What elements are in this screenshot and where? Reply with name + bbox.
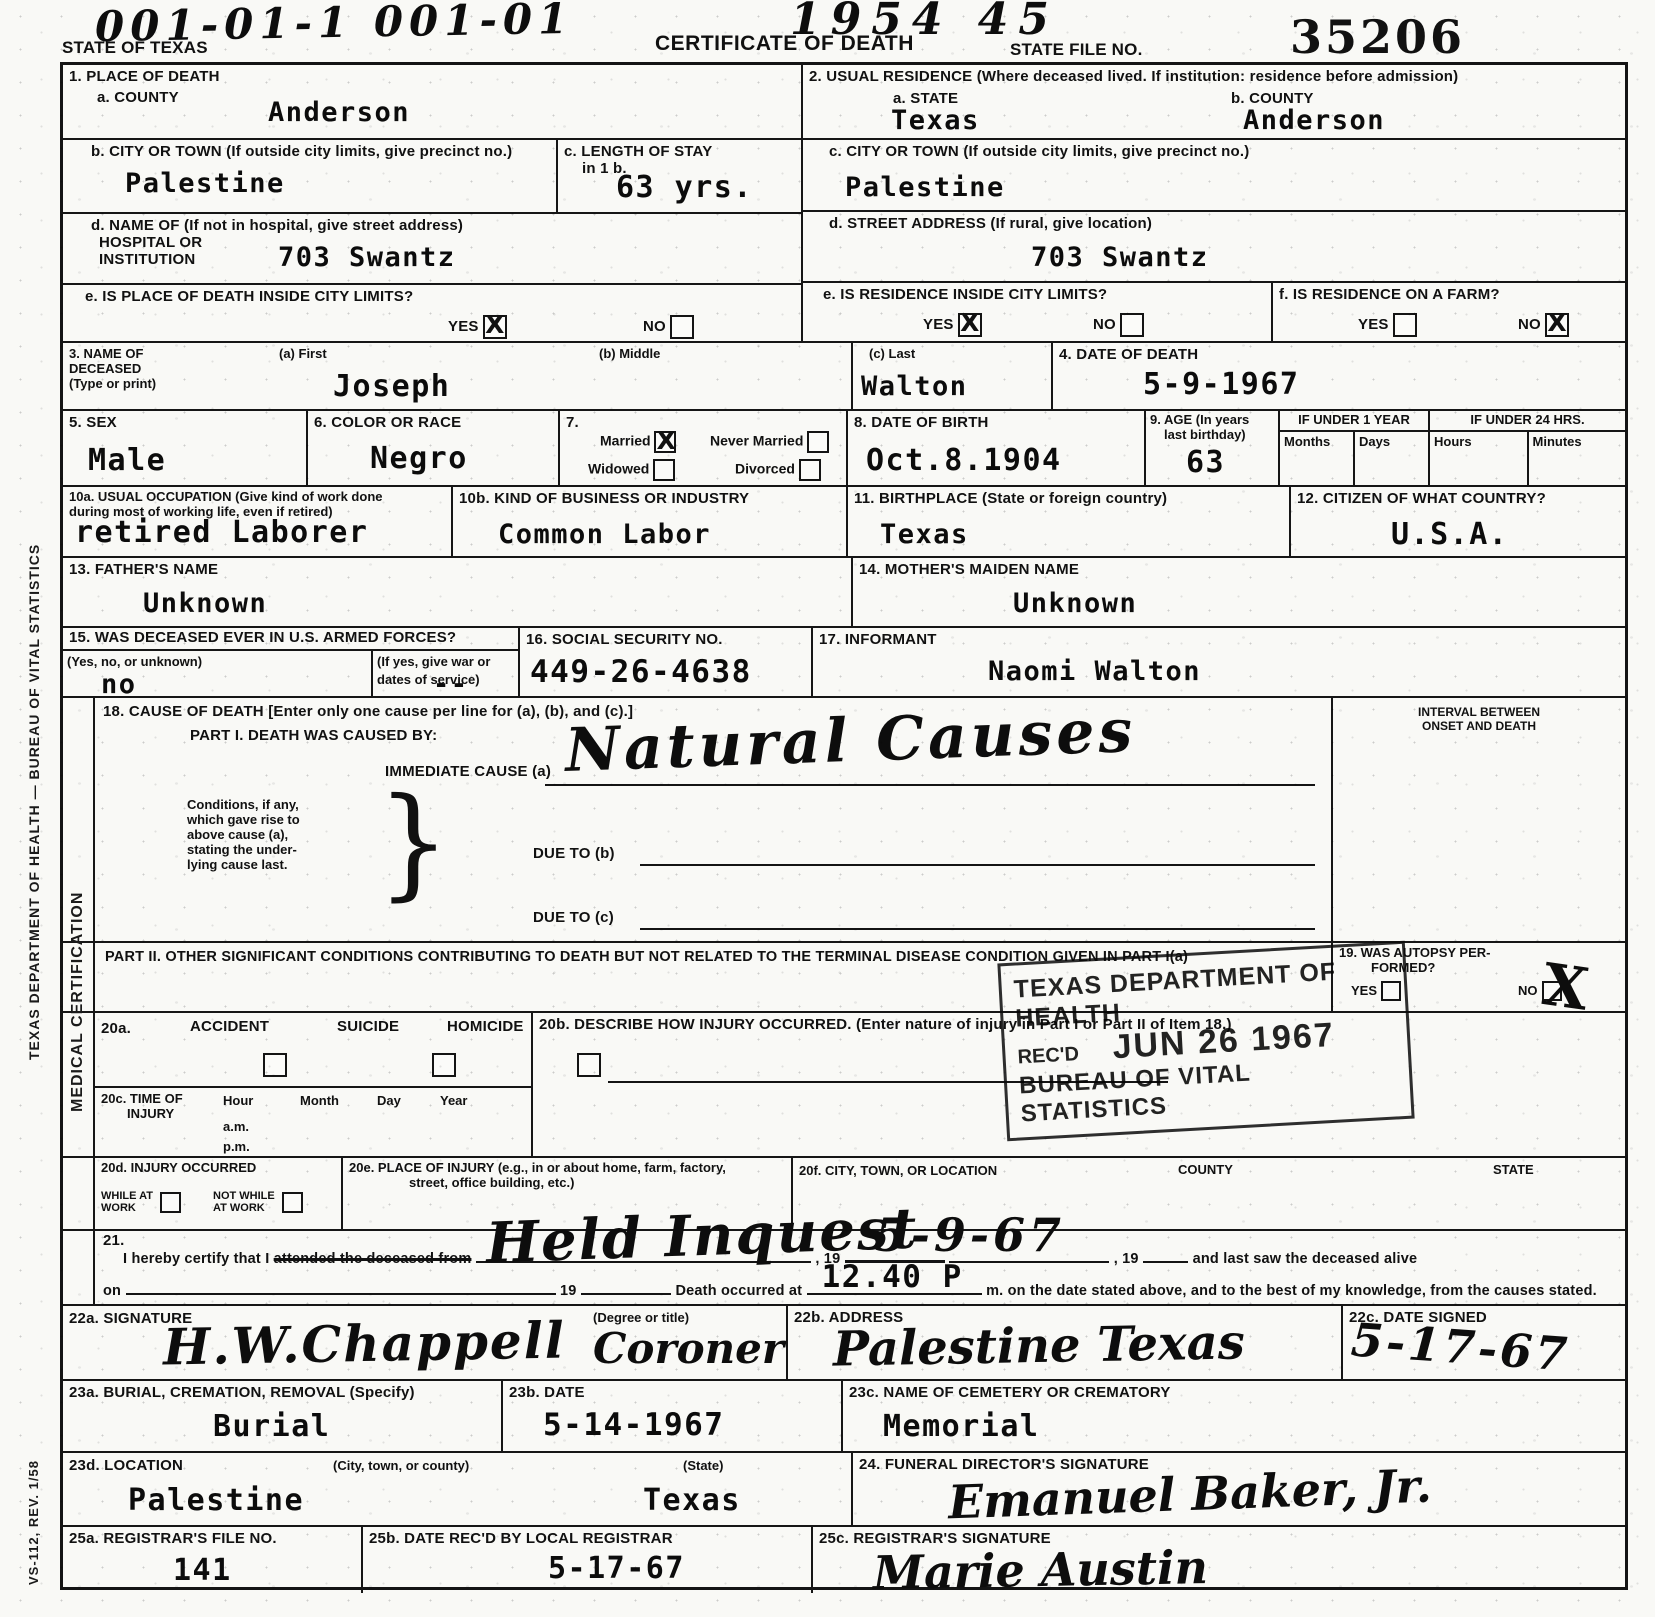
row-sex-race-dob: 5. SEX Male 6. COLOR OR RACE Negro 7. Ma… (63, 411, 1625, 487)
field-1c-value: 63 yrs. (616, 170, 753, 205)
field-3-first: (a) First Joseph (273, 343, 593, 409)
due-to-b-label: DUE TO (b) (533, 846, 615, 863)
conditions-note: Conditions, if any, which gave rise to a… (187, 798, 372, 873)
field-15-v2: -- (433, 669, 469, 700)
months-column: Months (1280, 432, 1355, 485)
row-injury-1: 20a. ACCIDENT SUICIDE HOMICIDE 20c. TIME… (63, 1013, 1625, 1158)
field-8-value: Oct.8.1904 (866, 443, 1062, 478)
field-23b-date: 23b. DATE 5-14-1967 (503, 1381, 843, 1451)
row-burial: 23a. BURIAL, CREMATION, REMOVAL (Specify… (63, 1381, 1625, 1453)
field-2e-no-label: NO (1093, 316, 1116, 333)
field-2f-label: f. IS RESIDENCE ON A FARM? (1279, 287, 1619, 304)
field-20e-label: 20e. PLACE OF INJURY (e.g., in or about … (349, 1161, 785, 1176)
field-8-label: 8. DATE OF BIRTH (854, 415, 1138, 432)
month-label: Month (300, 1094, 339, 1109)
section-1-title: 1. PLACE OF DEATH (69, 69, 795, 86)
certificate-form: MEDICAL CERTIFICATION 1. PLACE OF DEATH … (60, 62, 1628, 1590)
degree-value: Coroner (593, 1324, 784, 1373)
hour-label: Hour (223, 1094, 253, 1109)
field-20c-label2: INJURY (127, 1107, 525, 1122)
registrar-signature: Marie Austin (873, 1540, 1209, 1600)
immediate-cause-line (545, 784, 1315, 786)
certify-date-hand: 5-9-67 (875, 1208, 1065, 1262)
time-of-death-value: 12.40 P (822, 1259, 963, 1295)
field-2f-no-label: NO (1518, 316, 1541, 333)
under-24-hrs-header: IF UNDER 24 HRS. (1430, 411, 1625, 432)
section-usual-residence: 2. USUAL RESIDENCE (Where deceased lived… (803, 65, 1625, 341)
field-25a-file-no: 25a. REGISTRAR'S FILE NO. 141 (63, 1527, 363, 1593)
field-16-ssn: 16. SOCIAL SECURITY NO. 449-26-4638 (520, 628, 813, 696)
field-15-answer: (Yes, no, or unknown) no (63, 651, 373, 696)
field-4-value: 5-9-1967 (1143, 367, 1300, 402)
field-3-label-block: 3. NAME OF DECEASED (Type or print) (63, 343, 273, 409)
field-3-label3: (Type or print) (69, 377, 267, 392)
field-14-label: 14. MOTHER'S MAIDEN NAME (859, 562, 1619, 579)
field-23d-state-value: Texas (643, 1483, 741, 1518)
field-3-last-label: (c) Last (869, 347, 1045, 362)
field-10b-industry: 10b. KIND OF BUSINESS OR INDUSTRY Common… (453, 487, 848, 556)
field-4-label: 4. DATE OF DEATH (1059, 347, 1619, 364)
field-20d-label: 20d. INJURY OCCURRED (101, 1161, 335, 1176)
county-header: COUNTY (1178, 1163, 1233, 1178)
field-1c-label: c. LENGTH OF STAY (564, 144, 795, 161)
section-place-of-death: 1. PLACE OF DEATH a. COUNTY Anderson b. … (63, 65, 803, 341)
field-23a-label: 23a. BURIAL, CREMATION, REMOVAL (Specify… (69, 1385, 495, 1402)
field-20b-line (608, 1081, 1168, 1083)
row-certification: 21. I hereby certify that I attended the… (63, 1231, 1625, 1306)
certify-yr3: 19 (560, 1283, 577, 1299)
field-1b-value: Palestine (125, 168, 285, 199)
field-10b-label: 10b. KIND OF BUSINESS OR INDUSTRY (459, 491, 840, 508)
field-17-informant: 17. INFORMANT Naomi Walton (813, 628, 1625, 696)
form-revision-label: VS-112, REV. 1/58 (26, 1370, 41, 1585)
field-1d-value: 703 Swantz (278, 242, 456, 273)
field-23d-location: 23d. LOCATION (City, town, or county) (S… (63, 1453, 853, 1525)
field-7-never-married-checkbox (807, 431, 829, 453)
field-6-value: Negro (370, 441, 468, 476)
field-22b-address: 22b. ADDRESS Palestine Texas (788, 1306, 1343, 1379)
field-12-value: U.S.A. (1391, 517, 1508, 552)
field-3-middle: (b) Middle (593, 343, 853, 409)
field-2f-farm: f. IS RESIDENCE ON A FARM? YES NO X (1273, 283, 1625, 341)
field-3-label2: DECEASED (69, 362, 267, 377)
row-forces-ssn-informant: 15. WAS DECEASED EVER IN U.S. ARMED FORC… (63, 628, 1625, 698)
field-2e-city-limits: e. IS RESIDENCE INSIDE CITY LIMITS? YES … (803, 283, 1273, 341)
field-25b-value: 5-17-67 (548, 1551, 685, 1586)
field-25b-label: 25b. DATE REC'D BY LOCAL REGISTRAR (369, 1531, 805, 1548)
field-23b-value: 5-14-1967 (543, 1407, 724, 1443)
field-10a-occupation: 10a. USUAL OCCUPATION (Give kind of work… (63, 487, 453, 556)
field-1e-yes-checkbox: X (483, 315, 507, 339)
subrow-2ef: e. IS RESIDENCE INSIDE CITY LIMITS? YES … (803, 283, 1625, 341)
field-7-label: 7. (566, 415, 840, 432)
field-4-date-of-death: 4. DATE OF DEATH 5-9-1967 (1053, 343, 1625, 409)
field-11-label: 11. BIRTHPLACE (State or foreign country… (854, 491, 1283, 508)
field-21-certify: 21. I hereby certify that I attended the… (95, 1231, 1625, 1304)
field-18-part2: PART II. OTHER SIGNIFICANT CONDITIONS CO… (95, 943, 1331, 1011)
while-at-work-label1: WHILE AT (101, 1190, 153, 1202)
field-1a-county: 1. PLACE OF DEATH a. COUNTY Anderson (63, 65, 801, 140)
certificate-title: CERTIFICATE OF DEATH (655, 32, 914, 56)
field-11-value: Texas (880, 519, 969, 550)
field-19-yes-checkbox (1381, 981, 1401, 1001)
field-2f-no-checkbox: X (1545, 313, 1569, 337)
pm-label: p.m. (223, 1140, 250, 1155)
field-12-citizen: 12. CITIZEN OF WHAT COUNTRY? U.S.A. (1291, 487, 1625, 556)
field-15-war: (If yes, give war or dates of service) -… (373, 651, 518, 696)
field-2d-value: 703 Swantz (1031, 242, 1209, 273)
field-20a-manner: 20a. ACCIDENT SUICIDE HOMICIDE (95, 1013, 531, 1088)
subrow-1b-1c: b. CITY OR TOWN (If outside city limits,… (63, 140, 801, 214)
day-label: Day (377, 1094, 401, 1109)
homicide-label: HOMICIDE (447, 1019, 524, 1036)
field-18-cause: 18. CAUSE OF DEATH [Enter only one cause… (95, 698, 1331, 941)
field-19-yes-label: YES (1351, 983, 1377, 998)
field-7-widowed-label: Widowed (588, 461, 649, 477)
state-header: STATE (1493, 1163, 1534, 1178)
field-1e-label: e. IS PLACE OF DEATH INSIDE CITY LIMITS? (85, 289, 795, 306)
field-5-sex: 5. SEX Male (63, 411, 308, 485)
field-2d-street: d. STREET ADDRESS (If rural, give locati… (803, 212, 1625, 283)
interval-label2: ONSET AND DEATH (1339, 720, 1619, 734)
medical-certification-strip: MEDICAL CERTIFICATION (63, 698, 95, 1306)
coroner-signature: H.W.Chappell (163, 1310, 567, 1376)
hours-column: Hours (1430, 432, 1529, 485)
field-3-label1: 3. NAME OF (69, 347, 267, 362)
field-2e-no-checkbox (1120, 313, 1144, 337)
field-9-label2: last birthday) (1164, 428, 1274, 443)
field-1a-value: Anderson (268, 97, 410, 128)
certify-post: and last saw the deceased alive (1193, 1251, 1418, 1267)
field-22b-value: Palestine Texas (833, 1314, 1246, 1377)
due-to-c-line (640, 928, 1315, 930)
field-20b-label: 20b. DESCRIBE HOW INJURY OCCURRED. (Ente… (539, 1017, 1619, 1034)
state-note: (State) (683, 1459, 723, 1474)
field-2e-yes-label: YES (923, 316, 954, 333)
field-13-father: 13. FATHER'S NAME Unknown (63, 558, 853, 626)
field-11-birthplace: 11. BIRTHPLACE (State or foreign country… (848, 487, 1291, 556)
field-15-sub1: (Yes, no, or unknown) (67, 654, 202, 669)
field-19-no-label: NO (1518, 983, 1538, 998)
field-14-value: Unknown (1013, 588, 1137, 619)
field-6-race: 6. COLOR OR RACE Negro (308, 411, 560, 485)
field-12-label: 12. CITIZEN OF WHAT COUNTRY? (1297, 491, 1619, 508)
field-1d-label1: d. NAME OF (If not in hospital, give str… (91, 218, 795, 235)
field-23c-cemetery: 23c. NAME OF CEMETERY OR CREMATORY Memor… (843, 1381, 1625, 1451)
field-3-last-value: Walton (861, 371, 968, 402)
field-13-value: Unknown (143, 588, 267, 619)
field-20e-label2: street, office building, etc.) (409, 1176, 785, 1191)
injury-left-col: 20a. ACCIDENT SUICIDE HOMICIDE 20c. TIME… (95, 1013, 533, 1156)
field-23a-value: Burial (213, 1409, 330, 1444)
field-1e-yes-label: YES (448, 318, 479, 335)
field-17-value: Naomi Walton (988, 656, 1201, 687)
field-23a-burial: 23a. BURIAL, CREMATION, REMOVAL (Specify… (63, 1381, 503, 1451)
certify-pre: I hereby certify that I (123, 1251, 274, 1267)
field-7-married-label: Married (600, 433, 651, 449)
accident-label: ACCIDENT (190, 1019, 269, 1036)
row-registrar: 25a. REGISTRAR'S FILE NO. 141 25b. DATE … (63, 1527, 1625, 1593)
field-25c-registrar-signature: 25c. REGISTRAR'S SIGNATURE Marie Austin (813, 1527, 1625, 1593)
field-2a-value: Texas (891, 105, 980, 136)
field-7-divorced-label: Divorced (735, 461, 795, 477)
not-while-at-work-checkbox (282, 1192, 303, 1213)
field-10b-value: Common Labor (498, 519, 711, 550)
medical-certification-label: MEDICAL CERTIFICATION (63, 698, 93, 1306)
row-cause-of-death: 18. CAUSE OF DEATH [Enter only one cause… (63, 698, 1625, 943)
due-to-c-label: DUE TO (c) (533, 910, 614, 927)
field-23c-value: Memorial (883, 1409, 1040, 1444)
row-part2-autopsy: PART II. OTHER SIGNIFICANT CONDITIONS CO… (63, 943, 1625, 1013)
field-20d-occurred: 20d. INJURY OCCURRED WHILE ATWORK NOT WH… (95, 1158, 343, 1229)
field-2c-label: c. CITY OR TOWN (If outside city limits,… (829, 144, 1619, 161)
year-label: Year (440, 1094, 467, 1109)
field-22a-signature: 22a. SIGNATURE (Degree or title) H.W.Cha… (63, 1306, 788, 1379)
field-14-mother: 14. MOTHER'S MAIDEN NAME Unknown (853, 558, 1625, 626)
field-13-label: 13. FATHER'S NAME (69, 562, 845, 579)
suicide-checkbox (432, 1053, 456, 1077)
field-7-never-married-label: Never Married (710, 433, 803, 449)
field-2e-yes-checkbox: X (958, 313, 982, 337)
days-column: Days (1355, 432, 1428, 485)
field-20c-time: 20c. TIME OF INJURY Hour Month Day Year … (95, 1088, 531, 1156)
field-1a-label: a. COUNTY (97, 90, 795, 107)
field-23d-city-value: Palestine (128, 1483, 304, 1518)
part2-label: PART II. OTHER SIGNIFICANT CONDITIONS CO… (105, 949, 1321, 965)
field-5-value: Male (88, 443, 166, 478)
field-5-label: 5. SEX (69, 415, 300, 432)
section-2-title: 2. USUAL RESIDENCE (Where deceased lived… (809, 69, 1619, 86)
row-location-director: 23d. LOCATION (City, town, or county) (S… (63, 1453, 1625, 1527)
state-of-texas-label: STATE OF TEXAS (62, 38, 208, 57)
field-3-middle-label: (b) Middle (599, 347, 845, 362)
field-16-label: 16. SOCIAL SECURITY NO. (526, 632, 805, 649)
field-20b-describe: 20b. DESCRIBE HOW INJURY OCCURRED. (Ente… (533, 1013, 1625, 1156)
field-1b-city: b. CITY OR TOWN (If outside city limits,… (63, 140, 558, 212)
row-name-dod: 3. NAME OF DECEASED (Type or print) (a) … (63, 343, 1625, 411)
field-2d-label: d. STREET ADDRESS (If rural, give locati… (829, 216, 1619, 233)
conditions-brace: } (377, 783, 450, 904)
field-23d-label: 23d. LOCATION (69, 1457, 183, 1474)
minutes-column: Minutes (1529, 432, 1626, 485)
field-15-label: 15. WAS DECEASED EVER IN U.S. ARMED FORC… (63, 628, 518, 651)
state-file-no-label: STATE FILE NO. (1010, 40, 1143, 59)
accident-checkbox (263, 1053, 287, 1077)
field-2f-yes-checkbox (1393, 313, 1417, 337)
field-3-last: (c) Last Walton (853, 343, 1053, 409)
certify-m-on: m. on the date stated above, and to the … (986, 1283, 1597, 1299)
field-15-armed-forces: 15. WAS DECEASED EVER IN U.S. ARMED FORC… (63, 628, 520, 696)
suicide-label: SUICIDE (337, 1019, 399, 1036)
field-23b-label: 23b. DATE (509, 1385, 835, 1402)
field-1d-hospital: d. NAME OF (If not in hospital, give str… (63, 214, 801, 285)
row-place-residence: 1. PLACE OF DEATH a. COUNTY Anderson b. … (63, 65, 1625, 343)
field-7-divorced-checkbox (799, 459, 821, 481)
field-9-label: 9. AGE (In years (1150, 413, 1274, 428)
field-9-value: 63 (1186, 445, 1225, 480)
interval-label1: INTERVAL BETWEEN (1339, 706, 1619, 720)
field-7-married-checkbox: X (654, 431, 676, 453)
field-25a-value: 141 (173, 1553, 232, 1588)
row-parents: 13. FATHER'S NAME Unknown 14. MOTHER'S M… (63, 558, 1625, 628)
field-8-dob: 8. DATE OF BIRTH Oct.8.1904 (848, 411, 1146, 485)
field-7-marital: 7. Married X Never Married Widowed Divor… (560, 411, 848, 485)
field-1e-city-limits: e. IS PLACE OF DEATH INSIDE CITY LIMITS?… (63, 285, 801, 341)
field-1b-label: b. CITY OR TOWN (If outside city limits,… (91, 144, 550, 161)
while-at-work-checkbox (160, 1192, 181, 1213)
field-22c-date-signed: 22c. DATE SIGNED 5-17-67 (1343, 1306, 1625, 1379)
am-label: a.m. (223, 1120, 249, 1135)
field-9-age: 9. AGE (In years last birthday) 63 (1146, 411, 1280, 485)
field-2b-value: Anderson (1243, 105, 1385, 136)
field-23c-label: 23c. NAME OF CEMETERY OR CREMATORY (849, 1385, 1619, 1402)
agency-vertical-label: TEXAS DEPARTMENT OF HEALTH — BUREAU OF V… (26, 270, 42, 1060)
field-1e-no-checkbox (670, 315, 694, 339)
field-18-part1: PART I. DEATH WAS CAUSED BY: (190, 728, 437, 745)
field-9-under-24-hrs: IF UNDER 24 HRS. Hours Minutes (1430, 411, 1625, 485)
certify-strike: attended the deceased from (274, 1251, 472, 1267)
field-2e-label: e. IS RESIDENCE INSIDE CITY LIMITS? (823, 287, 1265, 304)
field-17-label: 17. INFORMANT (819, 632, 1619, 649)
not-while-at-work-label1: NOT WHILE (213, 1190, 275, 1202)
field-25a-label: 25a. REGISTRAR'S FILE NO. (69, 1531, 355, 1548)
row-occupation: 10a. USUAL OCCUPATION (Give kind of work… (63, 487, 1625, 558)
under-1-year-header: IF UNDER 1 YEAR (1280, 411, 1428, 432)
subrow-2ab: 2. USUAL RESIDENCE (Where deceased lived… (803, 65, 1625, 140)
row-signature: 22a. SIGNATURE (Degree or title) H.W.Cha… (63, 1306, 1625, 1381)
field-1e-no-label: NO (643, 318, 666, 335)
field-1c-length-of-stay: c. LENGTH OF STAY in 1 b. 63 yrs. (558, 140, 801, 212)
field-20a-label: 20a. (101, 1020, 131, 1037)
field-25b-date-recd: 25b. DATE REC'D BY LOCAL REGISTRAR 5-17-… (363, 1527, 813, 1593)
field-16-value: 449-26-4638 (530, 654, 752, 690)
field-15-v1: no (101, 669, 137, 700)
field-10a-label: 10a. USUAL OCCUPATION (Give kind of work… (69, 490, 445, 505)
field-2f-yes-label: YES (1358, 316, 1389, 333)
state-file-number: 35206 (1290, 10, 1465, 64)
field-2c-value: Palestine (845, 172, 1005, 203)
certify-yr2: , 19 (1114, 1251, 1139, 1267)
field-19-autopsy: 19. WAS AUTOPSY PER- FORMED? YES NO X (1331, 943, 1625, 1011)
field-9-under-1-year: IF UNDER 1 YEAR Months Days (1280, 411, 1430, 485)
death-certificate-scan: { "header": { "scribble_left": "001-01-1… (0, 0, 1655, 1617)
field-24-funeral-director: 24. FUNERAL DIRECTOR'S SIGNATURE Emanuel… (853, 1453, 1625, 1525)
certify-on: on (103, 1283, 121, 1299)
field-7-widowed-checkbox (653, 459, 675, 481)
city-town-county-note: (City, town, or county) (333, 1459, 469, 1474)
field-20f-label: 20f. CITY, TOWN, OR LOCATION (799, 1163, 997, 1178)
death-occurred-label: Death occurred at (675, 1283, 802, 1299)
field-2c-city: c. CITY OR TOWN (If outside city limits,… (803, 140, 1625, 212)
interval-column: INTERVAL BETWEEN ONSET AND DEATH (1331, 698, 1625, 941)
field-3-first-value: Joseph (333, 369, 450, 404)
field-10a-value: retired Laborer (75, 515, 368, 550)
due-to-b-line (640, 864, 1315, 866)
field-3-first-label: (a) First (279, 347, 587, 362)
field-6-label: 6. COLOR OR RACE (314, 415, 552, 432)
